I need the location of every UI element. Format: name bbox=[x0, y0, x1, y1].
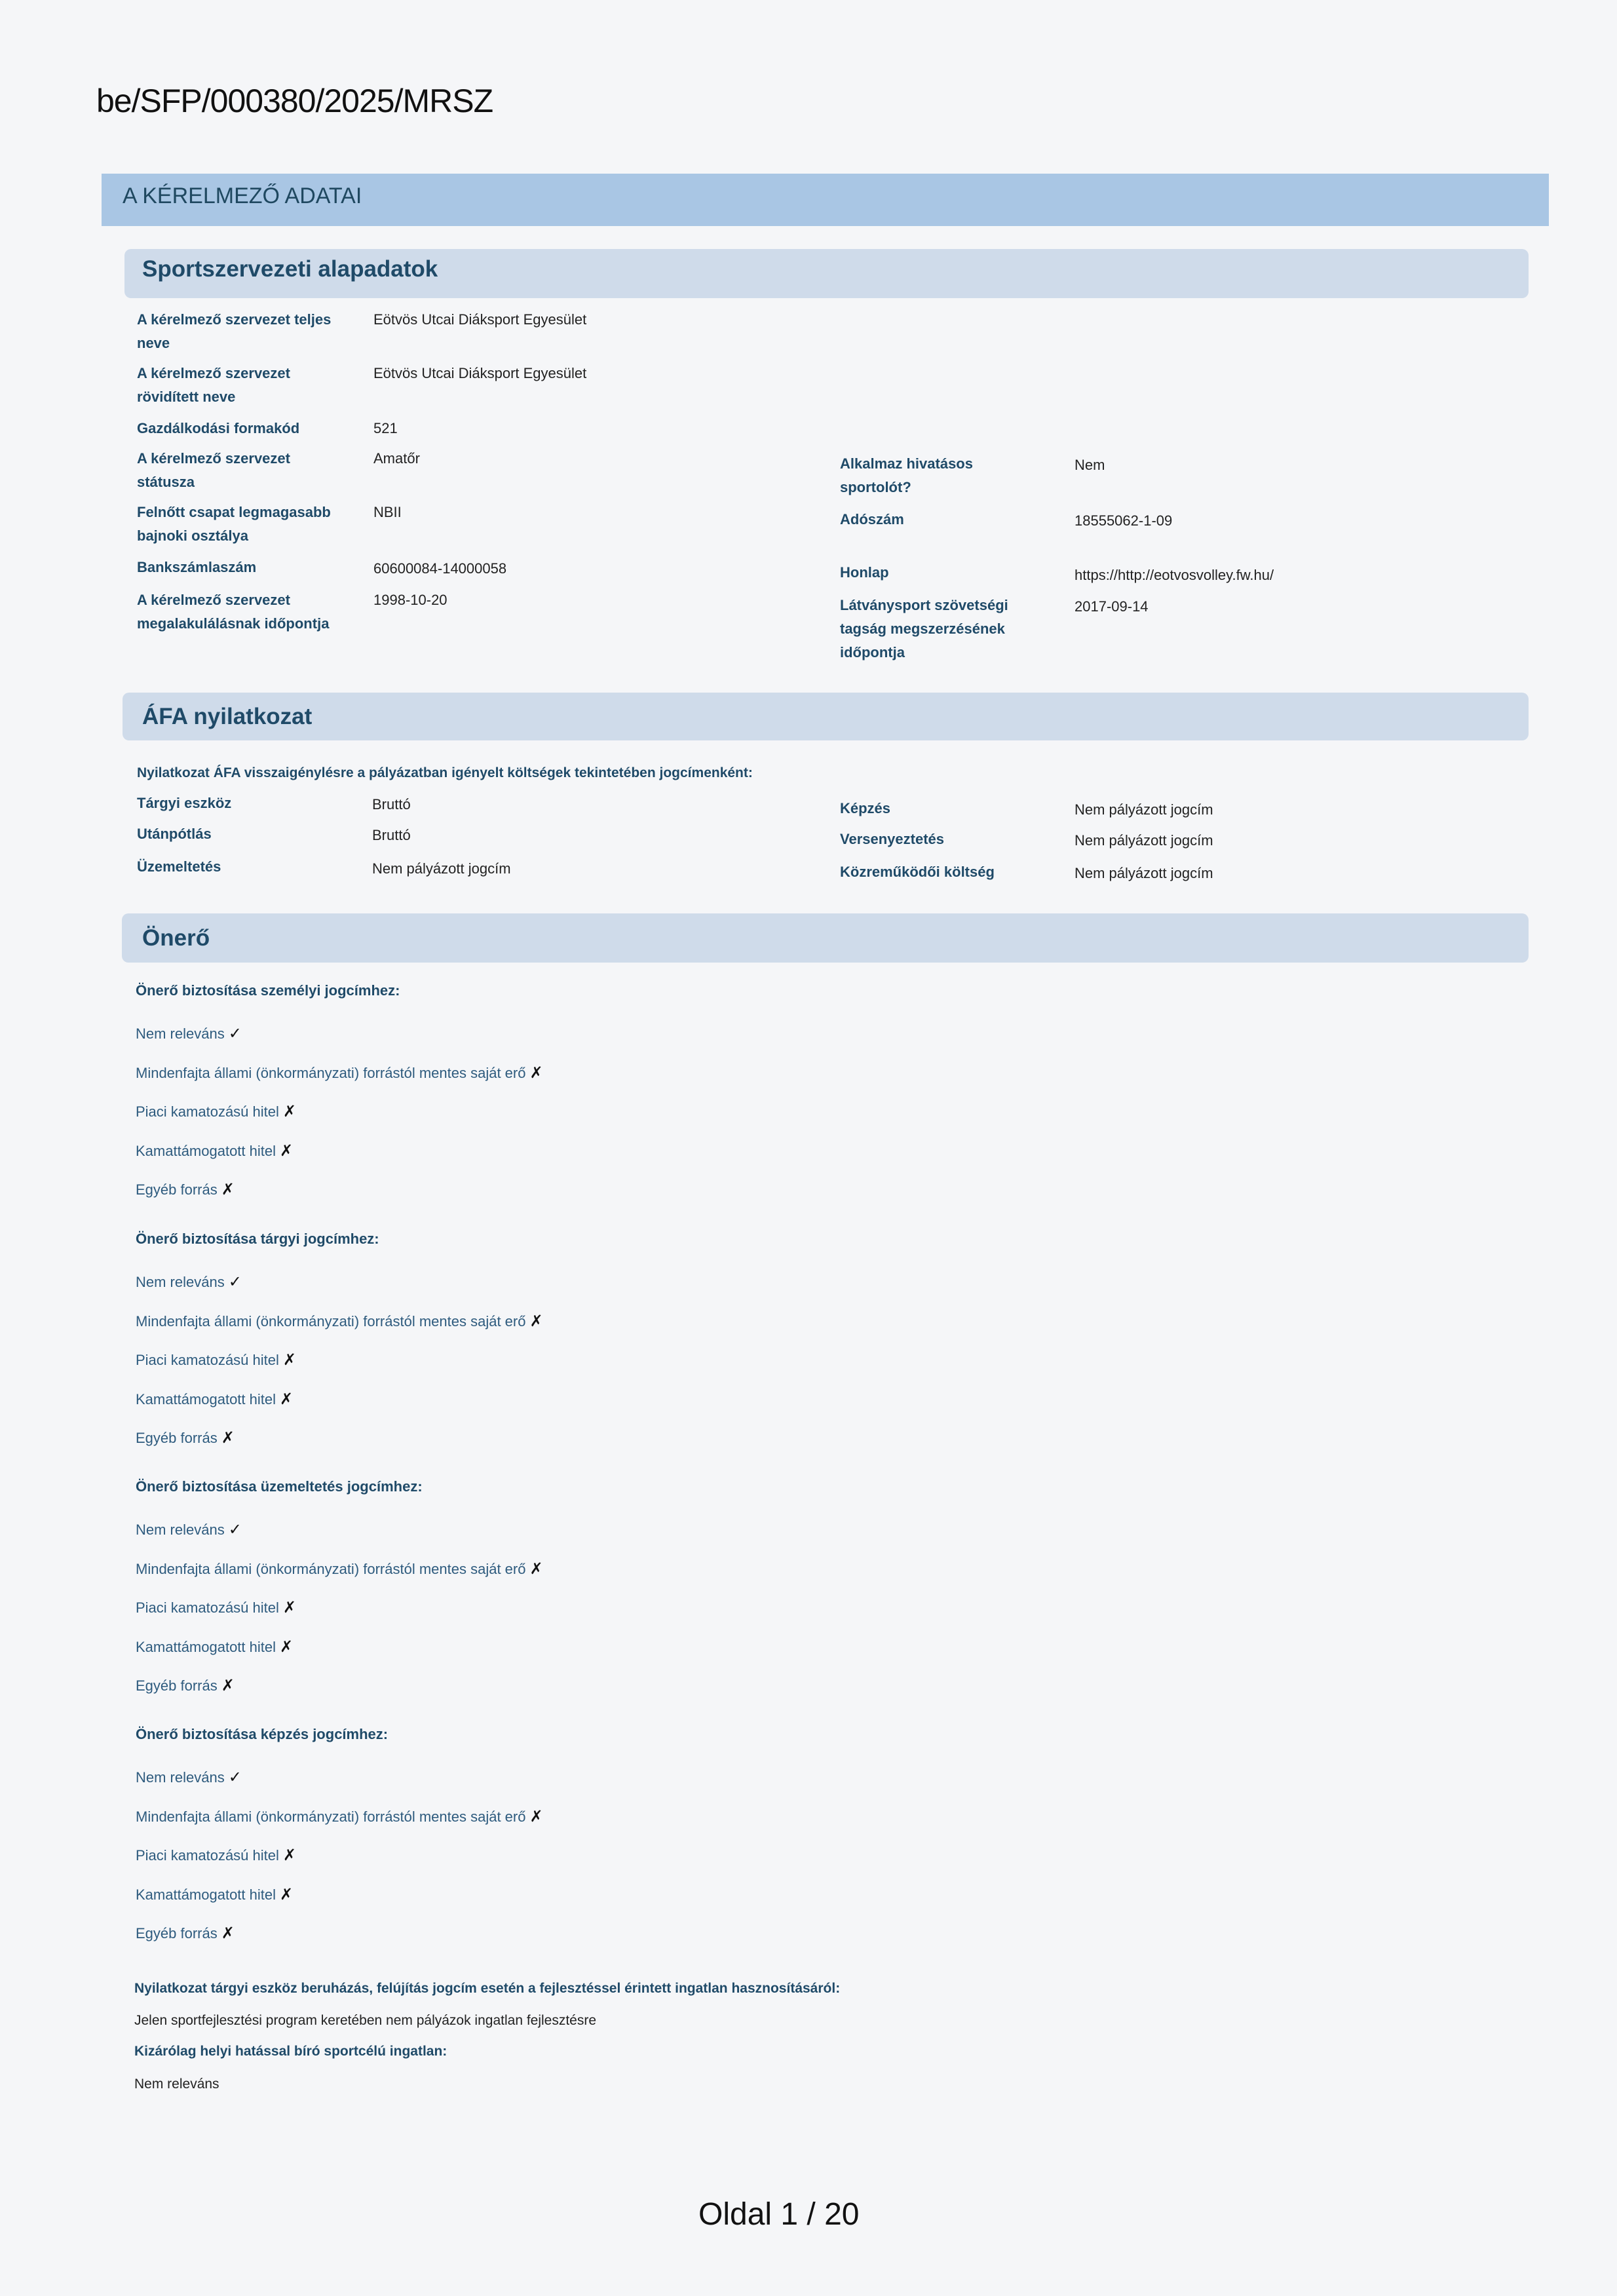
ingatlan-local-value: Nem releváns bbox=[134, 2073, 219, 2096]
onero-item: Egyéb forrás✗ bbox=[136, 1924, 235, 1943]
onero-item: Mindenfajta állami (önkormányzati) forrá… bbox=[136, 1807, 543, 1827]
ingatlan-local-title: Kizárólag helyi hatással bíró sportcélú … bbox=[134, 2042, 447, 2061]
main-section-title: A KÉRELMEZŐ ADATAI bbox=[123, 181, 362, 211]
ingatlan-value: Jelen sportfejlesztési program keretében… bbox=[134, 2009, 596, 2033]
onero-item: Piaci kamatozású hitel✗ bbox=[136, 1350, 296, 1370]
field-label-founding-date: A kérelmező szervezet megalakulálásnak i… bbox=[137, 588, 360, 636]
field-label-federation-membership-date: Látványsport szövetségi tagság megszerzé… bbox=[840, 594, 1030, 664]
afa-label-targyi-eszkoz: Tárgyi eszköz bbox=[137, 792, 231, 815]
onero-item: Mindenfajta állami (önkormányzati) forrá… bbox=[136, 1559, 543, 1579]
cross-icon: ✗ bbox=[221, 1677, 235, 1694]
afa-intro: Nyilatkozat ÁFA visszaigénylésre a pályá… bbox=[137, 763, 753, 783]
check-icon: ✓ bbox=[229, 1769, 242, 1786]
onero-item: Piaci kamatozású hitel✗ bbox=[136, 1846, 296, 1865]
onero-group-title: Önerő biztosítása képzés jogcímhez: bbox=[136, 1725, 388, 1744]
field-value-form-code: 521 bbox=[373, 417, 398, 440]
section-title-afa: ÁFA nyilatkozat bbox=[142, 702, 312, 732]
onero-item: Nem releváns✓ bbox=[136, 1768, 242, 1788]
onero-item-label: Egyéb forrás bbox=[136, 1430, 218, 1446]
field-label-professional-athletes: Alkalmaz hivatásos sportolót? bbox=[840, 452, 1010, 499]
field-label-full-name: A kérelmező szervezet teljes neve bbox=[137, 308, 353, 355]
section-bar-afa bbox=[123, 693, 1529, 740]
check-icon: ✓ bbox=[229, 1025, 242, 1043]
onero-item-label: Kamattámogatott hitel bbox=[136, 1391, 276, 1407]
onero-item-label: Piaci kamatozású hitel bbox=[136, 1103, 279, 1120]
cross-icon: ✗ bbox=[283, 1103, 296, 1120]
cross-icon: ✗ bbox=[221, 1181, 235, 1198]
cross-icon: ✗ bbox=[283, 1846, 296, 1864]
field-value-full-name: Eötvös Utcai Diáksport Egyesület bbox=[373, 308, 586, 332]
afa-label-versenyeztetes: Versenyeztetés bbox=[840, 828, 944, 851]
field-label-homepage: Honlap bbox=[840, 561, 1037, 584]
field-value-status: Amatőr bbox=[373, 447, 420, 470]
field-value-homepage[interactable]: https://http://eotvosvolley.fw.hu/ bbox=[1075, 564, 1274, 587]
onero-item: Egyéb forrás✗ bbox=[136, 1180, 235, 1200]
onero-item: Mindenfajta állami (önkormányzati) forrá… bbox=[136, 1063, 543, 1083]
field-label-form-code: Gazdálkodási formakód bbox=[137, 417, 360, 440]
onero-item-label: Mindenfajta állami (önkormányzati) forrá… bbox=[136, 1808, 525, 1825]
field-value-professional-athletes: Nem bbox=[1075, 453, 1105, 477]
cross-icon: ✗ bbox=[280, 1142, 293, 1160]
cross-icon: ✗ bbox=[280, 1638, 293, 1656]
afa-label-kepzes: Képzés bbox=[840, 797, 890, 820]
afa-value-kozremukodoi: Nem pályázott jogcím bbox=[1075, 862, 1213, 885]
afa-value-uzemeltetes: Nem pályázott jogcím bbox=[372, 857, 511, 881]
field-label-short-name: A kérelmező szervezet rövidített neve bbox=[137, 362, 333, 409]
field-label-league: Felnőtt csapat legmagasabb bajnoki osztá… bbox=[137, 501, 360, 548]
afa-value-kepzes: Nem pályázott jogcím bbox=[1075, 798, 1213, 822]
onero-item-label: Piaci kamatozású hitel bbox=[136, 1847, 279, 1864]
field-value-federation-membership-date: 2017-09-14 bbox=[1075, 595, 1149, 619]
onero-item-label: Kamattámogatott hitel bbox=[136, 1886, 276, 1903]
onero-item-label: Nem releváns bbox=[136, 1769, 225, 1786]
onero-item: Nem releváns✓ bbox=[136, 1272, 242, 1292]
field-value-league: NBII bbox=[373, 501, 402, 524]
onero-item-label: Mindenfajta állami (önkormányzati) forrá… bbox=[136, 1561, 525, 1577]
page-indicator: Oldal 1 / 20 bbox=[698, 2196, 859, 2232]
afa-value-versenyeztetes: Nem pályázott jogcím bbox=[1075, 829, 1213, 852]
afa-value-targyi-eszkoz: Bruttó bbox=[372, 793, 411, 816]
document-id: be/SFP/000380/2025/MRSZ bbox=[96, 82, 493, 120]
onero-item-label: Egyéb forrás bbox=[136, 1181, 218, 1198]
section-title-sportszervezet: Sportszervezeti alapadatok bbox=[142, 254, 438, 284]
onero-item: Piaci kamatozású hitel✗ bbox=[136, 1102, 296, 1122]
onero-item: Mindenfajta állami (önkormányzati) forrá… bbox=[136, 1312, 543, 1331]
onero-item: Kamattámogatott hitel✗ bbox=[136, 1885, 293, 1905]
onero-item: Kamattámogatott hitel✗ bbox=[136, 1390, 293, 1409]
onero-item: Egyéb forrás✗ bbox=[136, 1676, 235, 1696]
afa-label-uzemeltetes: Üzemeltetés bbox=[137, 855, 221, 879]
onero-item: Nem releváns✓ bbox=[136, 1024, 242, 1044]
field-label-status: A kérelmező szervezet státusza bbox=[137, 447, 333, 494]
onero-item: Kamattámogatott hitel✗ bbox=[136, 1141, 293, 1161]
onero-item-label: Mindenfajta állami (önkormányzati) forrá… bbox=[136, 1313, 525, 1330]
onero-item-label: Egyéb forrás bbox=[136, 1925, 218, 1942]
onero-item: Piaci kamatozású hitel✗ bbox=[136, 1598, 296, 1618]
cross-icon: ✗ bbox=[280, 1390, 293, 1408]
onero-group-title: Önerő biztosítása üzemeltetés jogcímhez: bbox=[136, 1477, 423, 1497]
onero-item-label: Kamattámogatott hitel bbox=[136, 1639, 276, 1655]
cross-icon: ✗ bbox=[529, 1808, 542, 1826]
afa-label-kozremukodoi: Közreműködői költség bbox=[840, 860, 995, 884]
onero-item-label: Egyéb forrás bbox=[136, 1677, 218, 1694]
onero-item-label: Nem releváns bbox=[136, 1521, 225, 1538]
cross-icon: ✗ bbox=[529, 1064, 542, 1082]
cross-icon: ✗ bbox=[221, 1429, 235, 1447]
onero-item-label: Nem releváns bbox=[136, 1274, 225, 1290]
onero-item-label: Nem releváns bbox=[136, 1025, 225, 1042]
field-label-tax-number: Adószám bbox=[840, 508, 1037, 531]
cross-icon: ✗ bbox=[283, 1599, 296, 1617]
afa-label-utanpotlas: Utánpótlás bbox=[137, 822, 212, 846]
cross-icon: ✗ bbox=[280, 1886, 293, 1904]
check-icon: ✓ bbox=[229, 1521, 242, 1539]
onero-item: Nem releváns✓ bbox=[136, 1520, 242, 1540]
field-value-bank-account: 60600084-14000058 bbox=[373, 557, 506, 581]
onero-item-label: Piaci kamatozású hitel bbox=[136, 1599, 279, 1616]
cross-icon: ✗ bbox=[529, 1312, 542, 1330]
cross-icon: ✗ bbox=[529, 1560, 542, 1578]
field-value-founding-date: 1998-10-20 bbox=[373, 588, 447, 612]
ingatlan-title: Nyilatkozat tárgyi eszköz beruházás, fel… bbox=[134, 1979, 840, 1999]
cross-icon: ✗ bbox=[221, 1924, 235, 1942]
field-value-tax-number: 18555062-1-09 bbox=[1075, 509, 1172, 533]
section-title-onero: Önerő bbox=[142, 923, 210, 953]
onero-item-label: Piaci kamatozású hitel bbox=[136, 1352, 279, 1368]
onero-item-label: Kamattámogatott hitel bbox=[136, 1143, 276, 1159]
onero-item-label: Mindenfajta állami (önkormányzati) forrá… bbox=[136, 1065, 525, 1081]
afa-value-utanpotlas: Bruttó bbox=[372, 824, 411, 847]
field-value-short-name: Eötvös Utcai Diáksport Egyesület bbox=[373, 362, 586, 385]
onero-group-title: Önerő biztosítása tárgyi jogcímhez: bbox=[136, 1229, 379, 1249]
field-label-bank-account: Bankszámlaszám bbox=[137, 556, 360, 579]
onero-item: Egyéb forrás✗ bbox=[136, 1428, 235, 1448]
onero-group-title: Önerő biztosítása személyi jogcímhez: bbox=[136, 981, 400, 1001]
section-bar-onero bbox=[122, 913, 1529, 963]
check-icon: ✓ bbox=[229, 1273, 242, 1291]
cross-icon: ✗ bbox=[283, 1351, 296, 1369]
onero-item: Kamattámogatott hitel✗ bbox=[136, 1637, 293, 1657]
